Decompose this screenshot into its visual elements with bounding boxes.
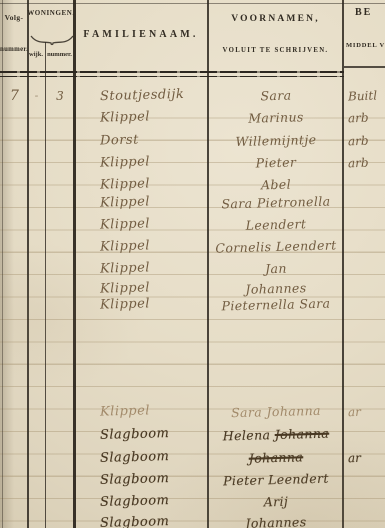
cell-familienaam: Slagboom	[100, 469, 170, 491]
register-row: KlippelarbMarinus	[0, 108, 385, 130]
cell-familienaam: Klippel	[100, 401, 151, 422]
voornamen-struck-text: Johanna	[249, 449, 304, 465]
voornamen-text: Johannes	[245, 514, 307, 528]
cell-huisnummer: 3	[47, 86, 73, 106]
cell-beroep: arb	[348, 108, 369, 129]
cell-voornamen: Cornelis Leendert	[212, 235, 340, 258]
cell-voornamen: Willemijntje	[212, 129, 340, 152]
cell-voornamen: Sara	[212, 84, 340, 107]
cell-voornamen: Marinus	[212, 106, 340, 129]
cell-voornamen: Johanna	[212, 446, 340, 469]
cell-familienaam: Klippel	[100, 294, 151, 315]
header-wijk: wijk.	[27, 51, 45, 58]
cell-voornamen: Sara Johanna	[212, 400, 340, 423]
cell-familienaam: Slagboom	[100, 512, 170, 528]
cell-familienaam: Slagboom	[100, 491, 170, 513]
right-column-header-rule	[344, 66, 385, 68]
voornamen-text: Jan	[265, 261, 287, 277]
header-bottom-rule-1	[0, 71, 344, 73]
voornamen-text: Sara	[260, 88, 291, 104]
cell-familienaam: Stoutjesdijk	[100, 85, 185, 107]
cell-voornamen: Pieternella Sara	[212, 293, 340, 316]
cell-familienaam: Slagboom	[100, 424, 170, 446]
cell-beroep: arb	[348, 153, 369, 174]
voornamen-struck-text: Johanna	[275, 426, 330, 442]
table-top-border	[0, 3, 385, 4]
register-row: KlippelCornelis Leendert	[0, 237, 385, 259]
header-huisnummer: nummer.	[45, 51, 74, 58]
cell-voornamen: Pieter Leendert	[212, 468, 340, 491]
cell-voornamen: Helena Johanna	[212, 423, 340, 446]
register-row: KlippelLeendert	[0, 215, 385, 237]
register-page-scan: Volg- nummer. WONINGEN. wijk. nummer. FA…	[0, 0, 385, 528]
cell-familienaam: Klippel	[100, 192, 151, 213]
register-row: SlagboomPieter Leendert	[0, 470, 385, 492]
header-bottom-rule-2	[0, 76, 344, 78]
voornamen-text: Pieter	[255, 154, 296, 170]
voornamen-text: Marinus	[248, 109, 304, 125]
cell-voornamen: Arij	[212, 490, 340, 513]
cell-familienaam: Klippel	[100, 236, 151, 257]
register-row: KlippelarbPieter	[0, 153, 385, 175]
cell-volgnummer: 7	[3, 86, 26, 106]
register-row: KlippelarSara Johanna	[0, 402, 385, 424]
header-beroep-line2: MIDDEL V	[346, 42, 385, 49]
voornamen-text: Sara Johanna	[231, 403, 321, 420]
register-row: SlagboomJohannes	[0, 513, 385, 528]
voornamen-text: Pieternella Sara	[221, 296, 330, 314]
voornamen-text: Sara Pietronella	[221, 194, 330, 212]
cell-voornamen: Johannes	[212, 511, 340, 528]
header-familienaam: FAMILIENAAM.	[76, 29, 206, 40]
register-row: DorstarbWillemijntje	[0, 131, 385, 153]
voornamen-text: Pieter Leendert	[223, 471, 329, 489]
register-row: 7-3StoutjesdijkBuitlSara	[0, 86, 385, 108]
register-row: SlagboomHelena Johanna	[0, 425, 385, 447]
voornamen-text: Willemijntje	[235, 132, 316, 149]
header-beroep-line1: BE	[355, 7, 372, 18]
cell-familienaam: Dorst	[100, 130, 139, 151]
cell-voornamen: Leendert	[212, 213, 340, 236]
voornamen-text: Leendert	[245, 216, 306, 233]
cell-voornamen: Pieter	[212, 151, 340, 174]
header-voornamen-line1: VOORNAMEN,	[209, 14, 342, 24]
cell-familienaam: Klippel	[100, 258, 151, 279]
cell-voornamen: Sara Pietronella	[212, 191, 340, 214]
voornamen-text: Cornelis Leendert	[215, 237, 337, 255]
register-row: KlippelPieternella Sara	[0, 295, 385, 317]
cell-beroep: ar	[348, 402, 362, 422]
register-row: KlippelSara Pietronella	[0, 193, 385, 215]
cell-familienaam: Slagboom	[100, 447, 170, 469]
register-row: SlagboomarJohanna	[0, 448, 385, 470]
voornamen-text: Arij	[264, 494, 289, 510]
woningen-brace	[30, 33, 74, 47]
cell-familienaam: Klippel	[100, 214, 151, 235]
cell-beroep: arb	[348, 131, 369, 152]
voornamen-text: Helena	[223, 427, 275, 443]
cell-familienaam: Klippel	[100, 152, 151, 173]
header-woningen: WONINGEN.	[27, 9, 75, 17]
header-voornamen-line2: VOLUIT TE SCHRIJVEN.	[209, 47, 342, 54]
cell-familienaam: Klippel	[100, 107, 151, 128]
voornamen-text: Abel	[261, 177, 291, 193]
cell-beroep: Buitl	[348, 85, 378, 106]
cell-beroep: ar	[348, 448, 362, 468]
header-volgnummer-line2: nummer.	[0, 46, 28, 53]
header-volgnummer-line1: Volg-	[2, 13, 26, 22]
cell-wijk: -	[29, 86, 44, 106]
